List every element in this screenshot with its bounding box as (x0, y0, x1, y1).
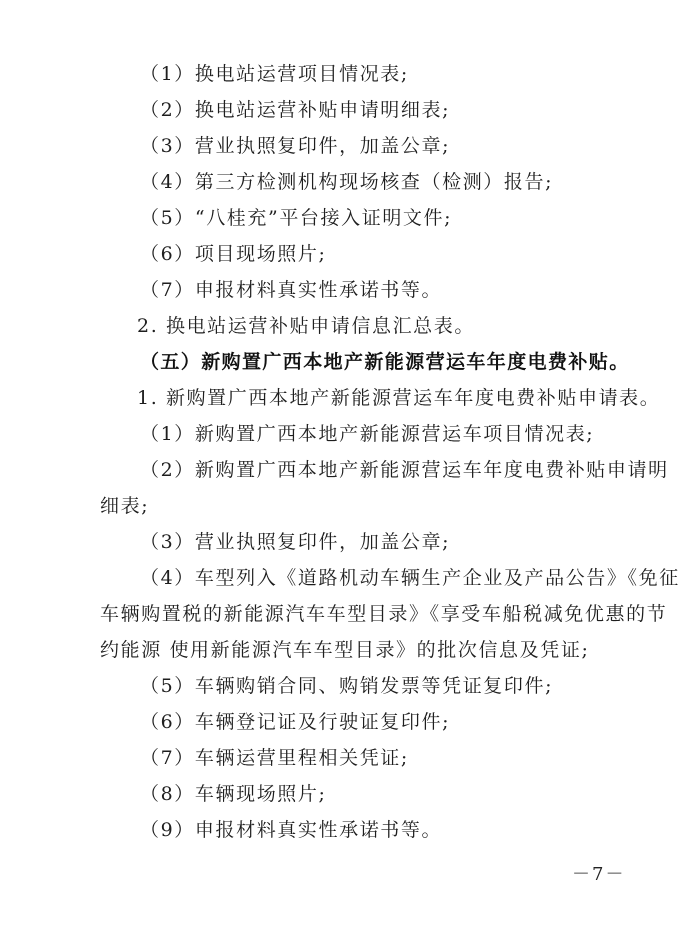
list-item-mileage-proof: （7）车辆运营里程相关凭证; (140, 746, 409, 770)
list-item-site-photos: （6）项目现场照片; (140, 242, 327, 266)
numbered-item-summary-table: 2. 换电站运营补贴申请信息汇总表。 (137, 314, 475, 338)
list-item-station-project-table: （1）换电站运营项目情况表; (140, 62, 409, 86)
list-item-vehicle-catalog-cont-1: 车辆购置税的新能源汽车车型目录》《享受车船税减免优惠的节 (100, 602, 667, 626)
list-item-vehicle-subsidy-detail: （2）新购置广西本地产新能源营运车年度电费补贴申请明 (140, 458, 669, 482)
list-item-authenticity-pledge-2: （9）申报材料真实性承诺书等。 (140, 818, 442, 842)
numbered-item-application-form: 1. 新购置广西本地产新能源营运车年度电费补贴申请表。 (137, 386, 660, 410)
list-item-vehicle-catalog: （4）车型列入《道路机动车辆生产企业及产品公告》《免征 (140, 566, 680, 590)
section-heading-five: （五）新购置广西本地产新能源营运车年度电费补贴。 (140, 350, 630, 374)
list-item-authenticity-pledge: （7）申报材料真实性承诺书等。 (140, 278, 442, 302)
list-item-vehicle-catalog-cont-2: 约能源 使用新能源汽车车型目录》的批次信息及凭证; (100, 638, 589, 662)
list-item-station-subsidy-detail: （2）换电站运营补贴申请明细表; (140, 98, 450, 122)
list-item-registration-license: （6）车辆登记证及行驶证复印件; (140, 710, 450, 734)
list-item-platform-access-proof: （5）“八桂充”平台接入证明文件; (140, 206, 452, 230)
list-item-third-party-report: （4）第三方检测机构现场核查（检测）报告; (140, 170, 553, 194)
list-item-business-license: （3）营业执照复印件，加盖公章; (140, 134, 450, 158)
list-item-business-license-2: （3）营业执照复印件，加盖公章; (140, 530, 450, 554)
page-number: －7－ (572, 864, 625, 886)
list-item-vehicle-photos: （8）车辆现场照片; (140, 782, 327, 806)
list-item-vehicle-subsidy-detail-cont: 细表; (100, 494, 149, 518)
list-item-purchase-contract: （5）车辆购销合同、购销发票等凭证复印件; (140, 674, 553, 698)
document-page: （1）换电站运营项目情况表; （2）换电站运营补贴申请明细表; （3）营业执照复… (0, 0, 700, 926)
list-item-vehicle-project-table: （1）新购置广西本地产新能源营运车项目情况表; (140, 422, 594, 446)
